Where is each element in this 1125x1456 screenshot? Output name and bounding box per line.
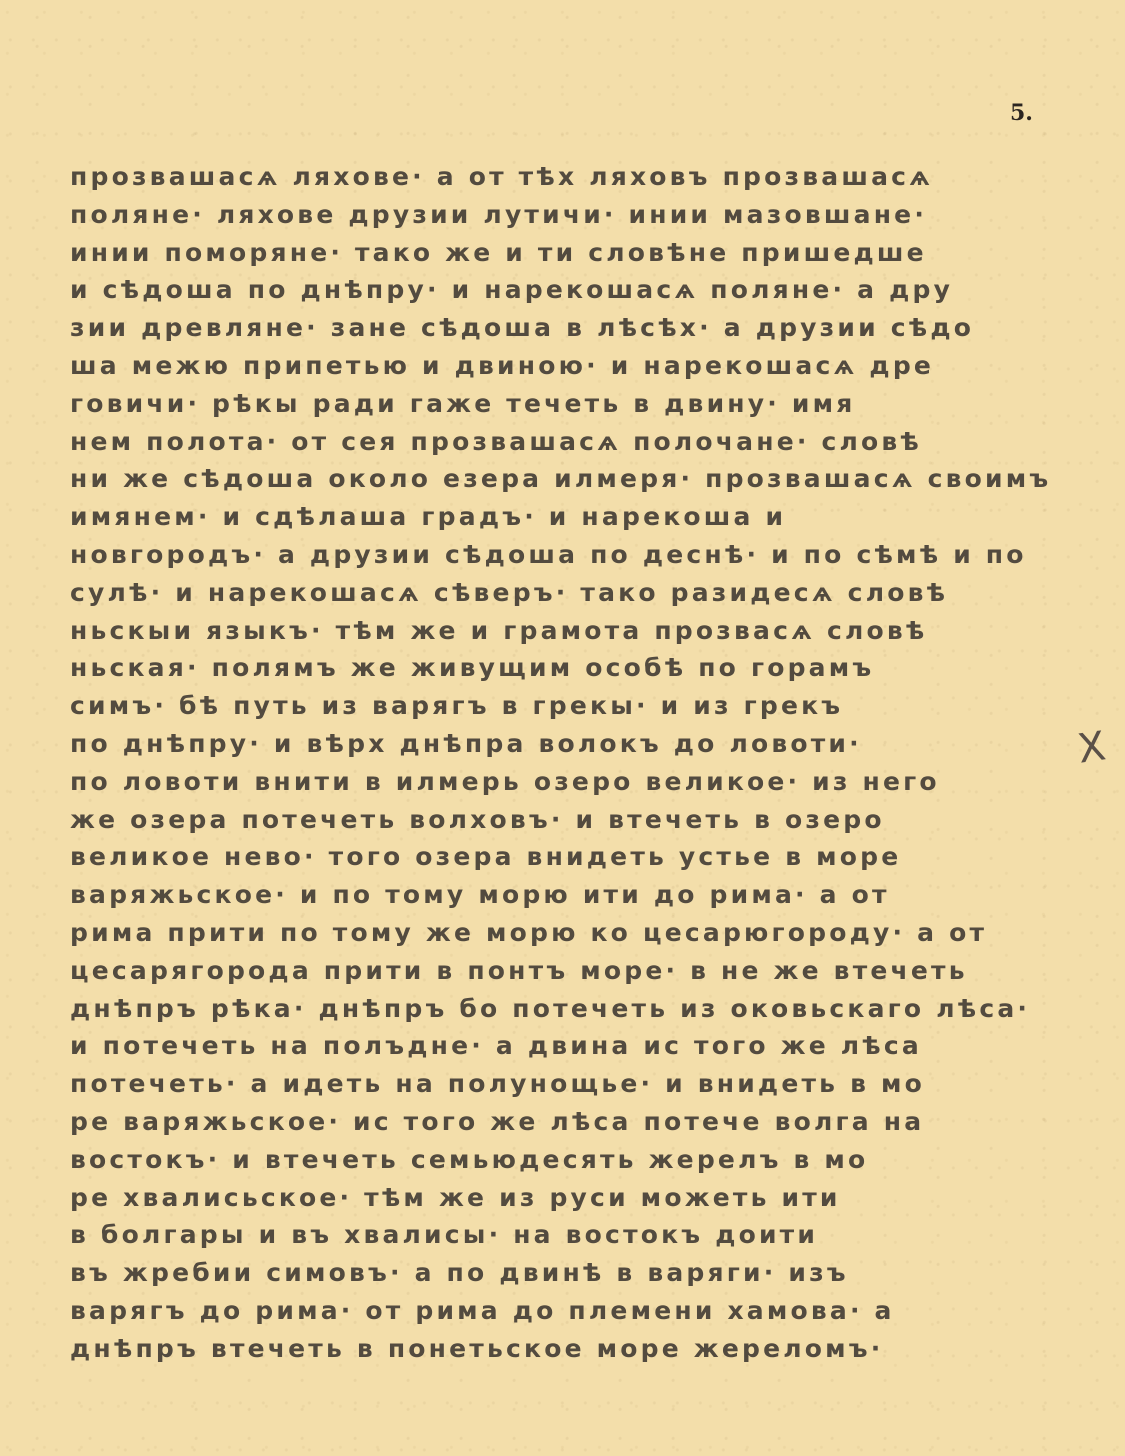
text-line: поляне· ляхове друзии лутичи· инии мазов…	[70, 196, 1080, 234]
text-line: инии поморяне· тако же и ти словѣне приш…	[70, 234, 1080, 272]
text-line: ньскыи языкъ· тѣм же и грамота прозвасѧ …	[70, 612, 1080, 650]
text-line: и сѣдоша по днѣпру· и нарекошасѧ поляне·…	[70, 271, 1080, 309]
text-line: варягъ до рима· от рима до племени хамов…	[70, 1292, 1080, 1330]
text-line: цесарягорода прити в понтъ море· в не же…	[70, 952, 1080, 990]
text-line: прозвашасѧ ляхове· а от тѣх ляховъ прозв…	[70, 158, 1080, 196]
text-line: потечеть· а идеть на полунощье· и внидет…	[70, 1065, 1080, 1103]
text-line: днѣпръ рѣка· днѣпръ бо потечеть из оковь…	[70, 990, 1080, 1028]
text-line: ша межю припетью и двиною· и нарекошасѧ …	[70, 347, 1080, 385]
text-line: в болгары и въ хвалисы· на востокъ доити	[70, 1216, 1080, 1254]
text-line: имянем· и сдѣлаша градъ· и нарекоша и	[70, 498, 1080, 536]
text-line: ре хвалисьское· тѣм же из руси можеть ит…	[70, 1179, 1080, 1217]
text-line: говичи· рѣкы ради гаже течеть в двину· и…	[70, 385, 1080, 423]
text-line: нем полота· от сея прозвашасѧ полочане· …	[70, 423, 1080, 461]
text-line: по днѣпру· и вѣрх днѣпра волокъ до ловот…	[70, 725, 1080, 763]
text-line: симъ· бѣ путь из варягъ в грекы· и из гр…	[70, 687, 1080, 725]
manuscript-page: 5. прозвашасѧ ляхове· а от тѣх ляховъ пр…	[0, 0, 1125, 1456]
text-line: днѣпръ втечеть в понетьское море жерелом…	[70, 1330, 1080, 1368]
text-line: ни же сѣдоша около езера илмеря· прозваш…	[70, 460, 1080, 498]
text-line: же озера потечеть волховъ· и втечеть в о…	[70, 801, 1080, 839]
text-line: въ жребии симовъ· а по двинѣ в варяги· и…	[70, 1254, 1080, 1292]
text-line: рима прити по тому же морю ко цесарюгоро…	[70, 914, 1080, 952]
text-line: ньская· полямъ же живущим особѣ по горам…	[70, 649, 1080, 687]
page-number: 5.	[1010, 100, 1033, 126]
text-line: великое нево· того озера внидеть устье в…	[70, 838, 1080, 876]
text-line: востокъ· и втечеть семьюдесять жерелъ в …	[70, 1141, 1080, 1179]
text-line: по ловоти внити в илмерь озеро великое· …	[70, 763, 1080, 801]
text-line: и потечеть на полъдне· а двина ис того ж…	[70, 1027, 1080, 1065]
margin-x-mark: X	[1075, 723, 1109, 772]
manuscript-text-block: прозвашасѧ ляхове· а от тѣх ляховъ прозв…	[70, 158, 1080, 1368]
text-line: зии древляне· зане сѣдоша в лѣсѣх· а дру…	[70, 309, 1080, 347]
text-line: сулѣ· и нарекошасѧ сѣверъ· тако разидесѧ…	[70, 574, 1080, 612]
text-line: новгородъ· а друзии сѣдоша по деснѣ· и п…	[70, 536, 1080, 574]
text-line: варяжьское· и по тому морю ити до рима· …	[70, 876, 1080, 914]
text-line: ре варяжьское· ис того же лѣса потече во…	[70, 1103, 1080, 1141]
